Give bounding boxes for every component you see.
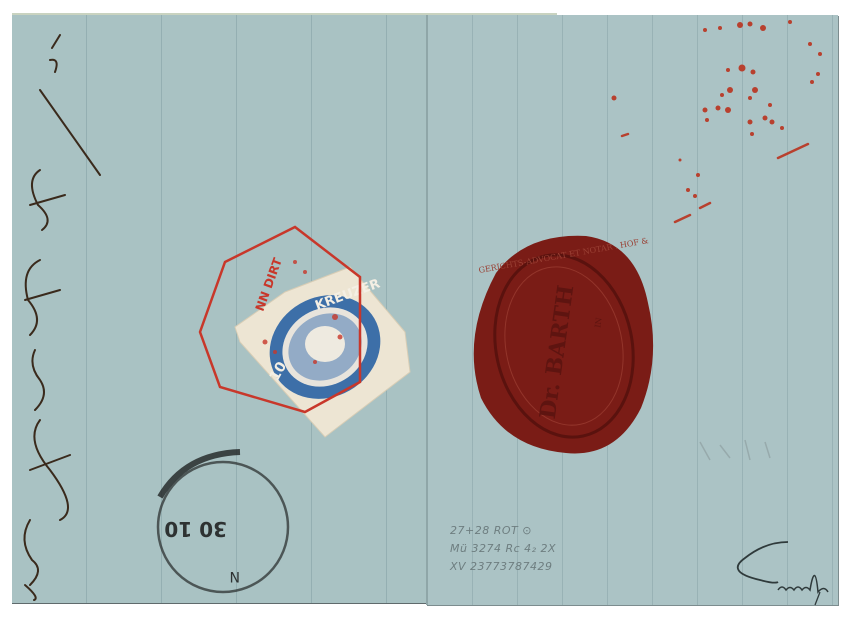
handwritten-docket <box>0 0 140 621</box>
faint-pencil-mark <box>690 430 790 470</box>
pencil-line-3: XV 23773787429 <box>450 558 650 576</box>
pencil-annotations: 27+28 ROT ⊙ Mü 3274 Rc 4₂ 2X XV 23773787… <box>450 522 650 576</box>
pencil-signature <box>720 530 840 610</box>
postmark-bottom-text: N <box>230 568 240 584</box>
circular-datestamp: 30 10 N <box>145 432 295 600</box>
red-ink-speckles <box>600 10 850 230</box>
pencil-line-2: Mü 3274 Rc 4₂ 2X <box>450 540 650 558</box>
postage-stamp-group: KREUZER 10 NN DIRT <box>195 222 425 442</box>
wax-seal: Dr. BARTH IN GERICHTS-ADVOCAT ET NOTAR .… <box>466 228 658 460</box>
pencil-line-1: 27+28 ROT ⊙ <box>450 522 650 540</box>
seal-sub-text: IN <box>593 317 603 328</box>
postmark-date: 30 10 <box>164 517 227 541</box>
